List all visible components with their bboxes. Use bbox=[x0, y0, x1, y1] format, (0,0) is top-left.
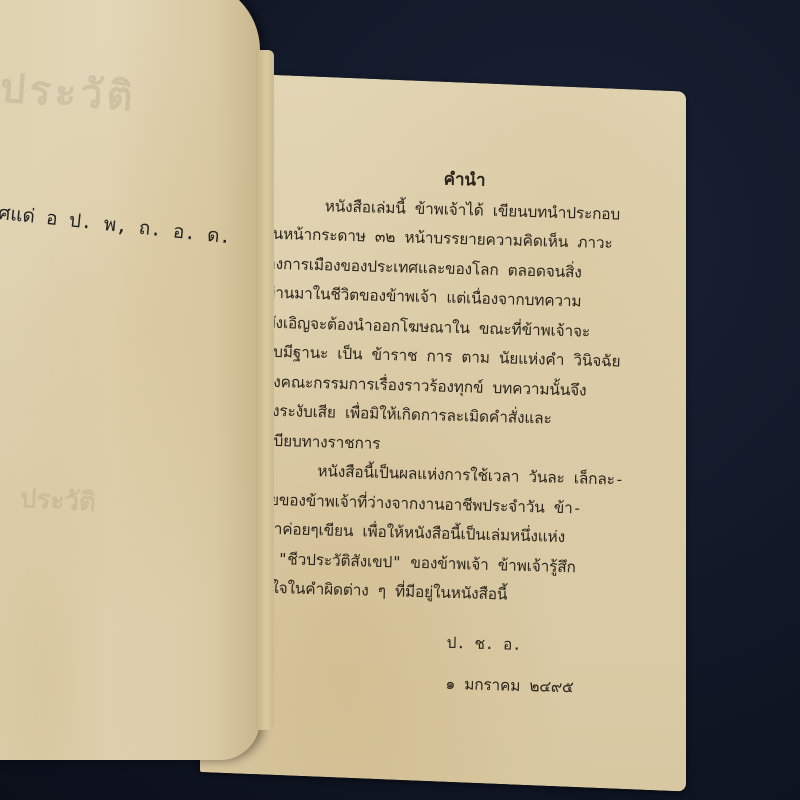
bleed-through-text: ประวัติ bbox=[19, 478, 97, 523]
photo-scene: คำนำ หนังสือเล่มนี้ ข้าพเจ้าได้ เขียนบทน… bbox=[0, 0, 800, 800]
author-initials: ป. ช. อ. bbox=[246, 623, 657, 664]
left-page: ประวัติ ศแด่ อ ป. พ, ถ. อ. ด. ประวัติ bbox=[0, 0, 260, 760]
dedication-line: ศแด่ อ ป. พ, ถ. อ. ด. bbox=[0, 198, 232, 252]
page-edge bbox=[256, 50, 274, 730]
preface-content: คำนำ หนังสือเล่มนี้ ข้าพเจ้าได้ เขียนบทน… bbox=[245, 160, 670, 705]
preface-date: ๑ มกราคม ๒๔๙๕ bbox=[245, 664, 656, 705]
bleed-through-text: ประวัติ bbox=[0, 55, 139, 128]
